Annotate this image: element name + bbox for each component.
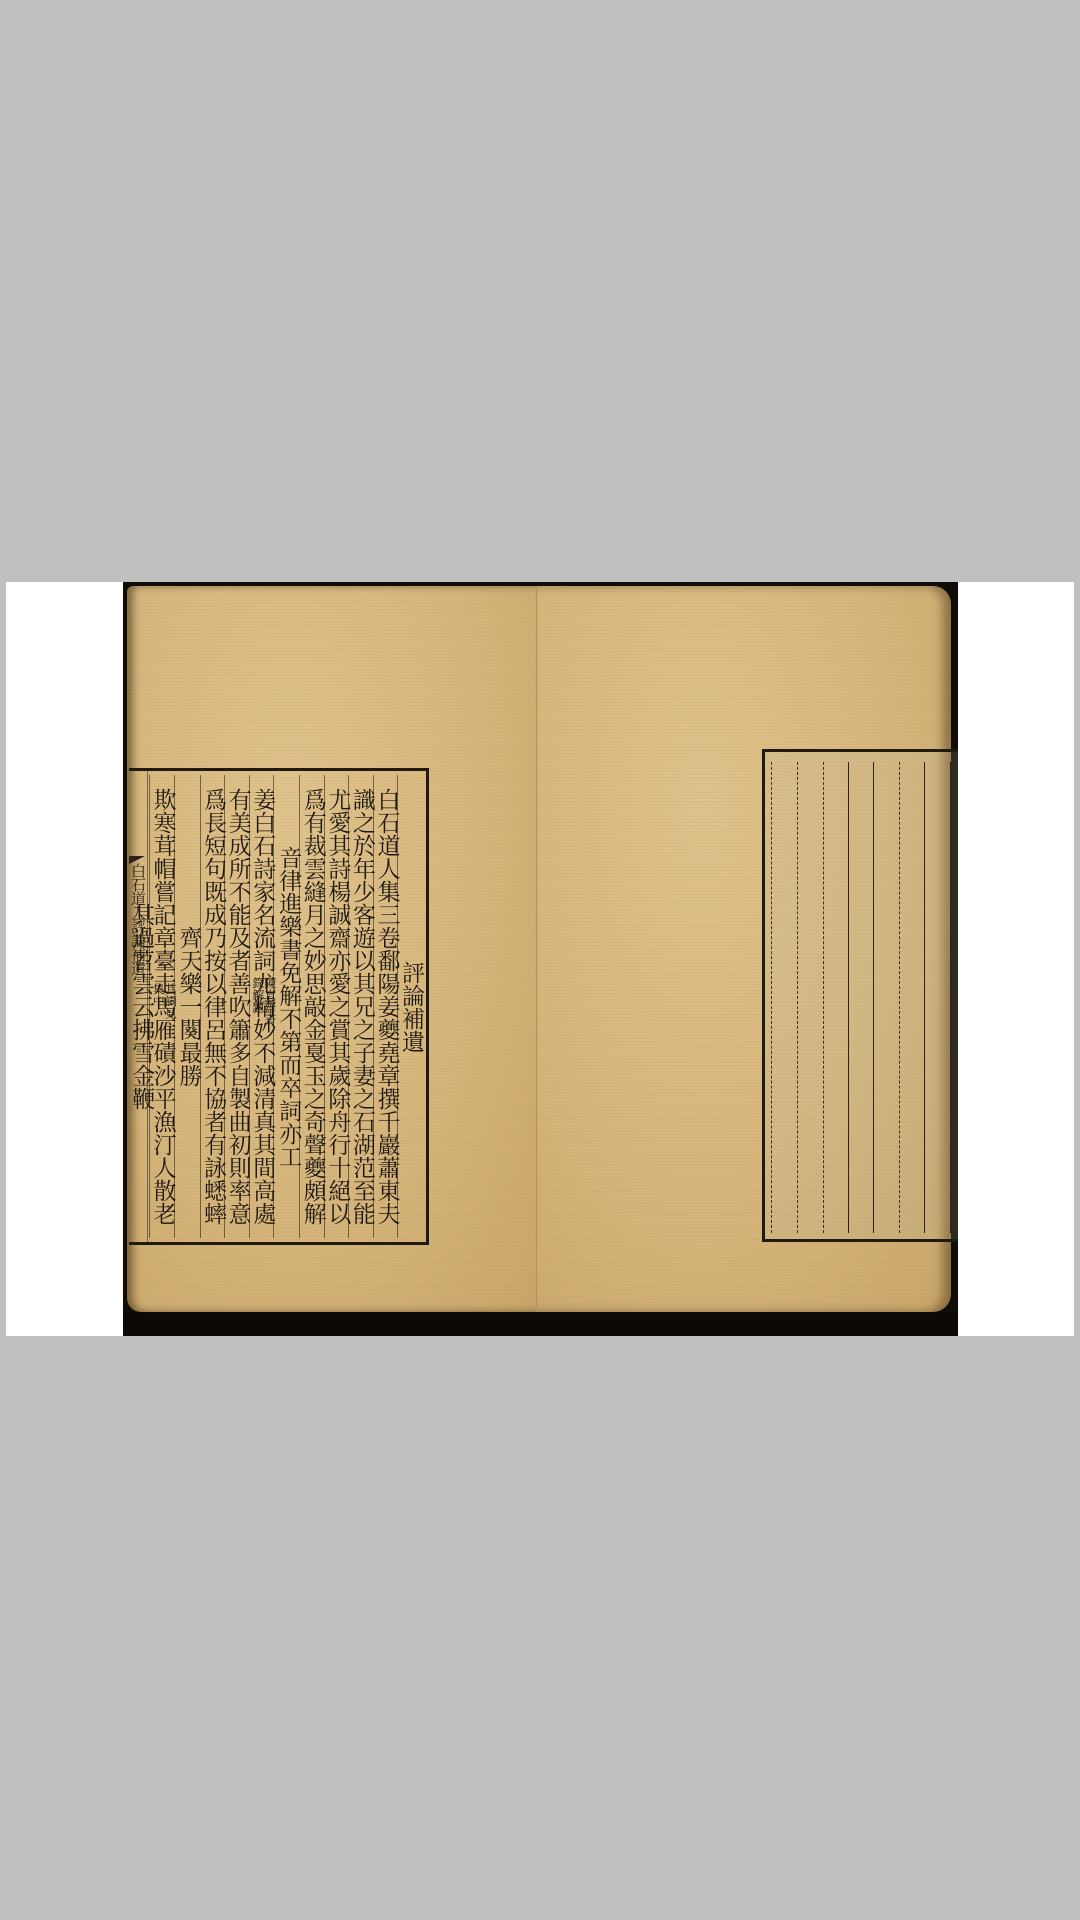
fold-page-number: 一 [132,1036,146,1056]
text-column-with-note: 音律進樂書免解不第而卒詞亦工 陳直齋書 錄解題 [273,775,299,1238]
annotation-line: 其詞見 [164,983,176,1031]
text-column-with-note: 齊天樂一闋最勝 其詞見 集中 其過苕雲云拂雪金鞭 [174,775,200,1238]
column-rule [771,762,772,1233]
fold-title: 白石道人評論補遺 [130,863,145,975]
inline-annotation: 陳直齋書 錄解題 [252,977,276,1037]
left-page: 評論補遺 白石道人集三卷鄱陽姜夔堯章撰千巖蕭東夫 識之於年少客遊以其兄之子妻之石… [127,586,537,1312]
fold-margin: 白石道人評論補遺 一 [129,768,148,1245]
column-rule [899,762,900,1233]
column-rule [797,762,798,1233]
column-rule [873,762,874,1233]
text-column: 爲長短句既成乃按以律呂無不協者有詠蟋蟀 [200,775,225,1238]
column-rule [848,762,849,1233]
annotation-line: 錄解題 [252,977,264,1037]
column-rule [823,762,824,1233]
column-text: 音律進樂書免解不第而卒詞亦工 [276,846,299,1168]
column-rule [950,762,951,1233]
inline-annotation: 其詞見 集中 [152,983,176,1031]
right-page: 五 [537,586,951,1312]
column-text: 齊天樂一闋最勝 [176,926,199,1087]
text-column: 有美成所不能及者善吹簫多自製曲初則率意 [224,775,249,1238]
column-section-title: 評論補遺 [397,775,422,1238]
text-column: 爲有裁雲縫月之妙思敲金戛玉之奇聲夔頗解 [299,775,324,1238]
ruled-blank-frame [762,749,958,1242]
column-rule [924,762,925,1233]
text-column: 識之於年少客遊以其兄之子妻之石湖范至能 [348,775,373,1238]
text-column: 白石道人集三卷鄱陽姜夔堯章撰千巖蕭東夫 [373,775,398,1238]
table-surface [123,1312,958,1336]
annotation-line: 陳直齋書 [264,977,276,1037]
text-column: 尤愛其詩楊誠齋亦愛之賞其歲除舟行十絕以 [324,775,349,1238]
book-photo: 評論補遺 白石道人集三卷鄱陽姜夔堯章撰千巖蕭東夫 識之於年少客遊以其兄之子妻之石… [123,582,958,1336]
text-block: 評論補遺 白石道人集三卷鄱陽姜夔堯章撰千巖蕭東夫 識之於年少客遊以其兄之子妻之石… [129,768,429,1245]
